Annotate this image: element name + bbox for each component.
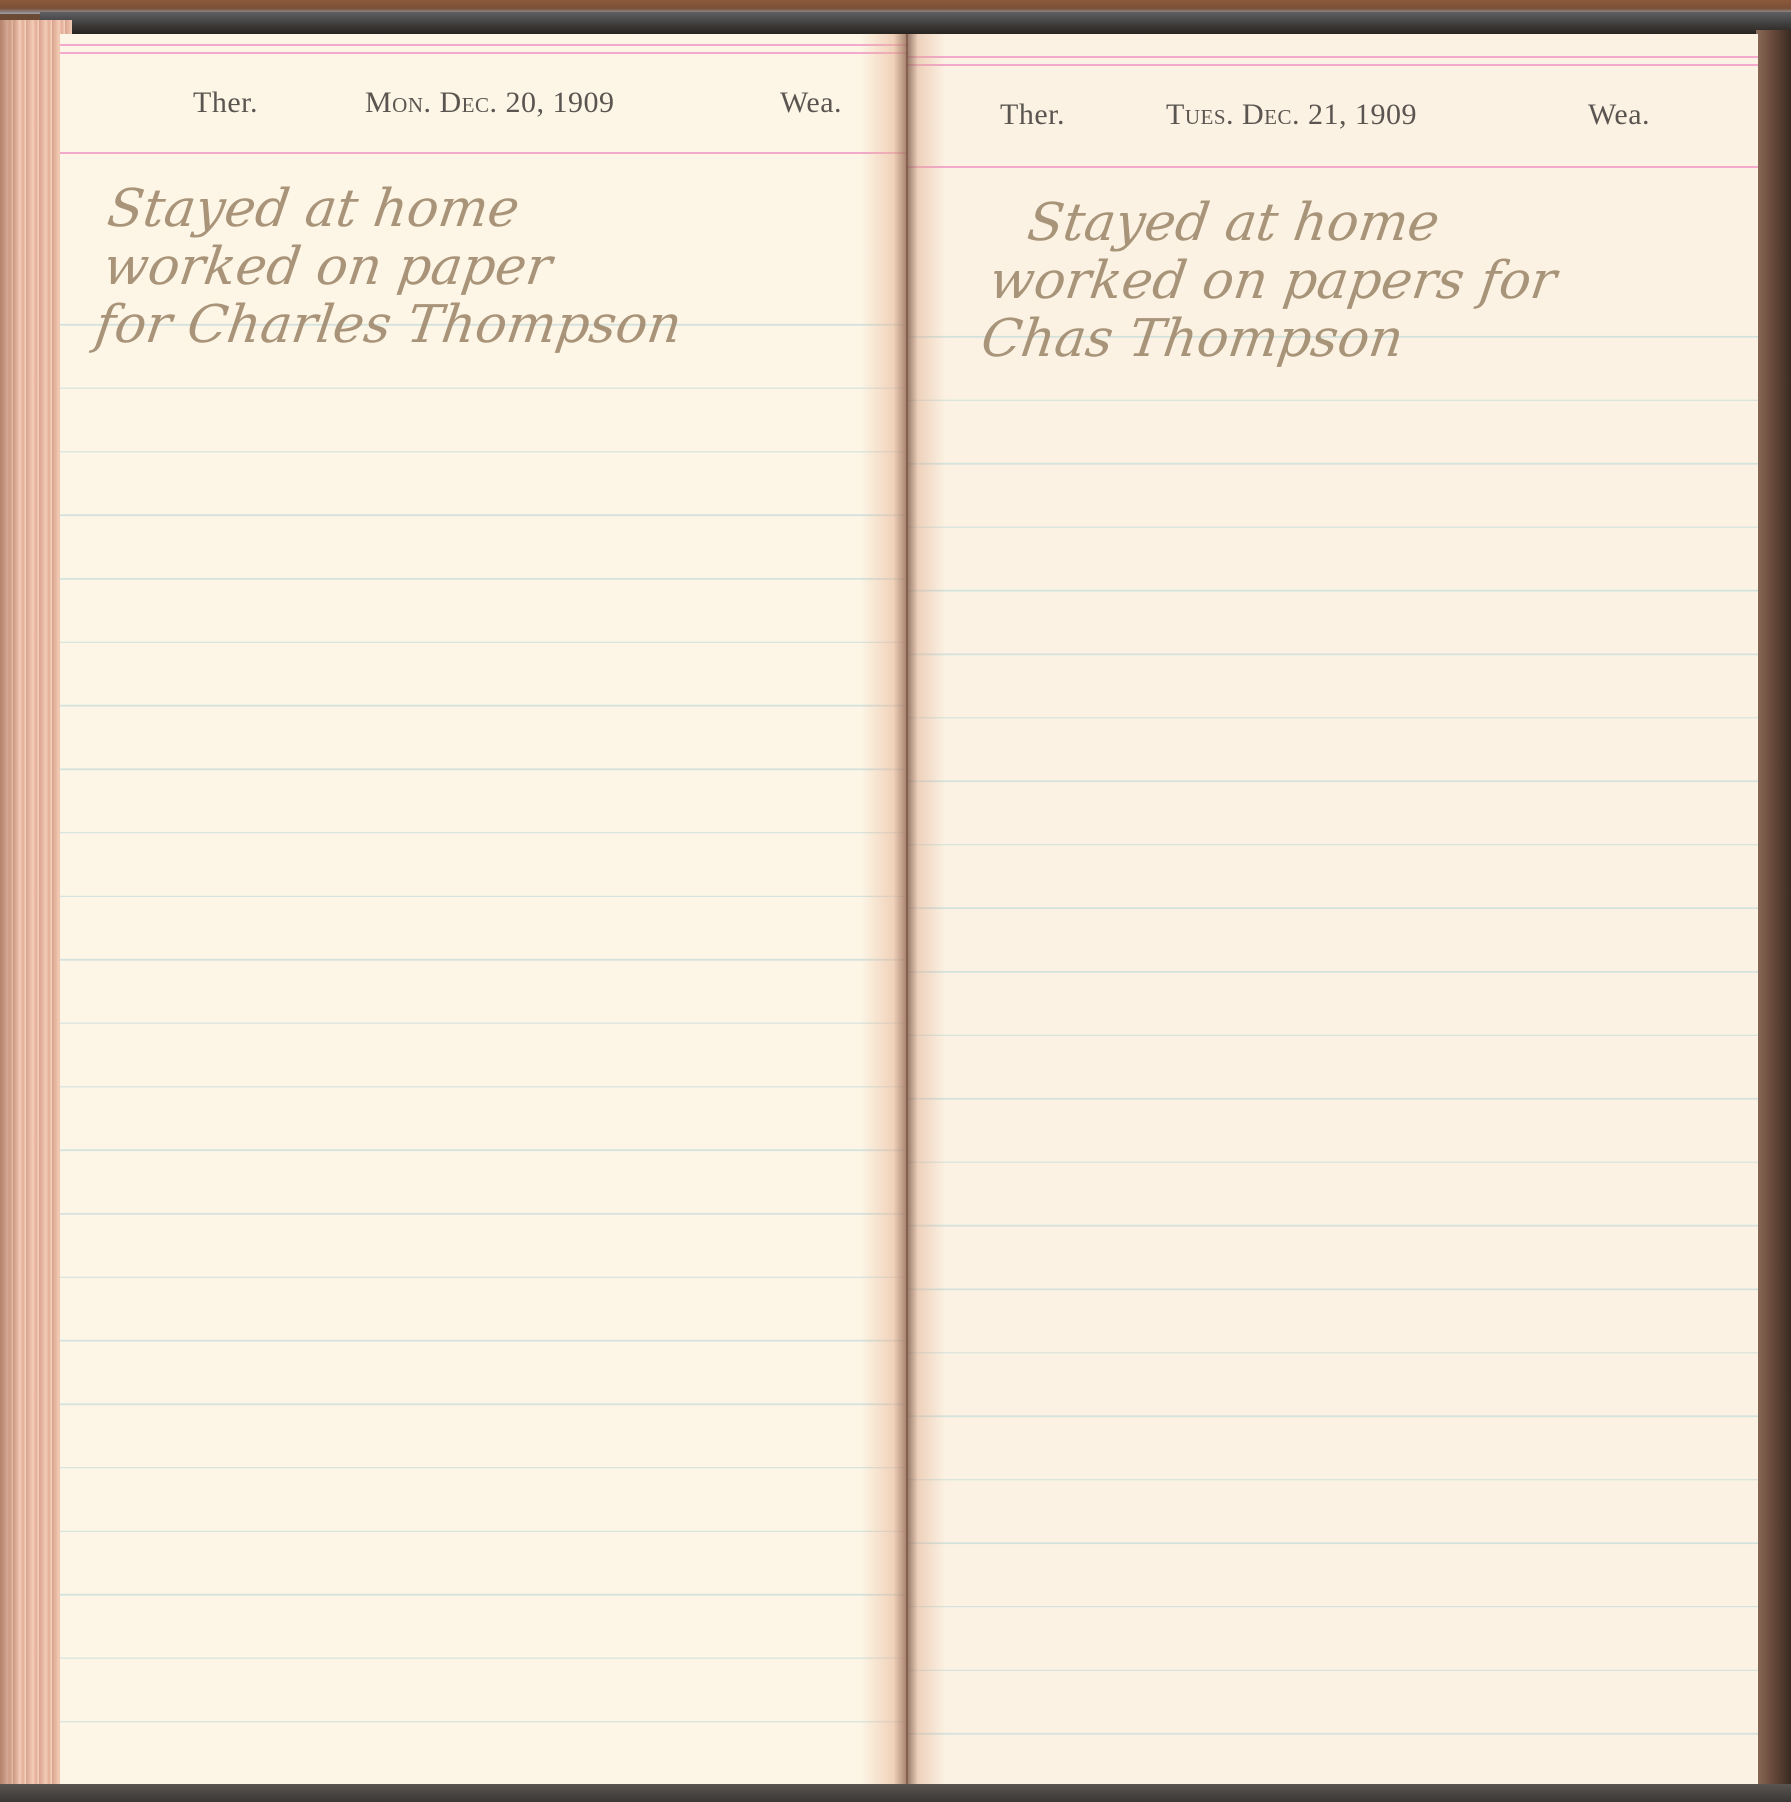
entry-line: Stayed at home — [104, 180, 701, 238]
weather-label: Wea. — [1588, 98, 1650, 132]
entry-line: Stayed at home — [994, 194, 1568, 252]
handwritten-entry: Stayed at home worked on papers for Chas… — [978, 194, 1568, 368]
left-diary-page: Ther. Mon. Dec. 20, 1909 Wea. Stayed at … — [60, 34, 908, 1786]
header-rule — [908, 166, 1758, 168]
top-rule-double — [60, 52, 908, 54]
gutter-shadow-left — [860, 34, 908, 1786]
header-rule — [60, 152, 908, 154]
book-cover-right — [1756, 30, 1791, 1790]
page-date: Tues. Dec. 21, 1909 — [1166, 98, 1417, 132]
entry-line: for Charles Thompson — [88, 296, 685, 354]
entry-line: worked on papers for — [986, 252, 1560, 310]
book-cover-bottom — [0, 1784, 1791, 1802]
top-rule-double — [908, 64, 1758, 66]
handwritten-entry: Stayed at home worked on paper for Charl… — [88, 180, 702, 354]
page-date: Mon. Dec. 20, 1909 — [365, 86, 615, 120]
thermometer-label: Ther. — [193, 86, 258, 120]
gutter-shadow-right — [906, 34, 946, 1786]
thermometer-label: Ther. — [1000, 98, 1065, 132]
weather-label: Wea. — [780, 86, 842, 120]
top-rule — [908, 56, 1758, 58]
entry-line: Chas Thompson — [978, 310, 1552, 368]
top-rule — [60, 44, 908, 46]
entry-line: worked on paper — [96, 238, 693, 296]
right-diary-page: Ther. Tues. Dec. 21, 1909 Wea. Stayed at… — [908, 34, 1758, 1786]
